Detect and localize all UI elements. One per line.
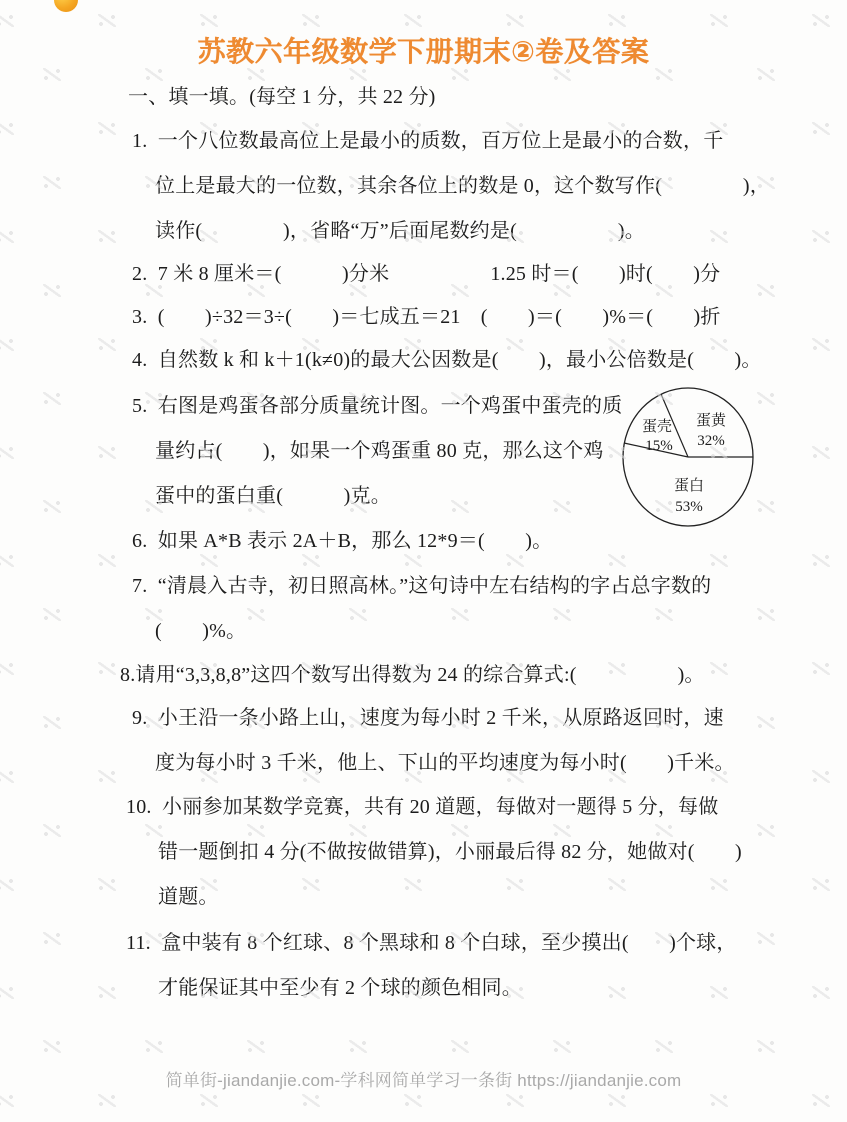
question-3: 3. ( )÷32＝3÷( )＝七成五＝21 ( )＝( )%＝( )折 xyxy=(132,304,721,331)
watermark-mark-icon xyxy=(0,986,14,999)
question-10-line-3: 道题。 xyxy=(158,884,219,911)
watermark-mark-icon xyxy=(43,932,61,945)
watermark-mark-icon xyxy=(98,14,116,27)
watermark-mark-icon xyxy=(812,338,830,351)
watermark-mark-icon xyxy=(553,608,571,621)
watermark-mark-icon xyxy=(812,770,830,783)
watermark-mark-icon xyxy=(812,446,830,459)
watermark-mark-icon xyxy=(0,14,14,27)
watermark-mark-icon xyxy=(655,608,673,621)
question-11-line-1: 11. 盒中装有 8 个红球、8 个黑球和 8 个白球，至少摸出( )个球， xyxy=(126,930,737,957)
watermark-mark-icon xyxy=(349,1040,367,1053)
watermark-mark-icon xyxy=(608,986,626,999)
watermark-mark-icon xyxy=(302,14,320,27)
watermark-mark-icon xyxy=(0,230,14,243)
watermark-mark-icon xyxy=(757,932,775,945)
watermark-mark-icon xyxy=(757,1040,775,1053)
watermark-mark-icon xyxy=(710,14,728,27)
page-title: 苏教六年级数学下册期末②卷及答案 xyxy=(0,30,847,70)
watermark-mark-icon xyxy=(98,986,116,999)
watermark-mark-icon xyxy=(98,554,116,567)
watermark-mark-icon xyxy=(757,824,775,837)
watermark-mark-icon xyxy=(247,608,265,621)
watermark-mark-icon xyxy=(43,608,61,621)
watermark-mark-icon xyxy=(506,1094,524,1107)
watermark-mark-icon xyxy=(812,662,830,675)
watermark-mark-icon xyxy=(0,554,14,567)
watermark-mark-icon xyxy=(43,284,61,297)
watermark-mark-icon xyxy=(655,1040,673,1053)
question-4: 4. 自然数 k 和 k＋1(k≠0)的最大公因数是( )，最小公倍数是( )。 xyxy=(132,347,762,374)
watermark-mark-icon xyxy=(553,824,571,837)
watermark-mark-icon xyxy=(247,1040,265,1053)
watermark-mark-icon xyxy=(98,770,116,783)
question-2: 2. 7 米 8 厘米＝( )分米 1.25 时＝( )时( )分 xyxy=(132,261,720,288)
question-1-line-3: 读作( )，省略“万”后面尾数约是( )。 xyxy=(155,218,645,245)
watermark-mark-icon xyxy=(710,986,728,999)
watermark-mark-icon xyxy=(506,878,524,891)
watermark-mark-icon xyxy=(757,608,775,621)
watermark-mark-icon xyxy=(0,662,14,675)
watermark-mark-icon xyxy=(43,176,61,189)
watermark-mark-icon xyxy=(200,1094,218,1107)
watermark-mark-icon xyxy=(98,446,116,459)
watermark-mark-icon xyxy=(43,500,61,513)
watermark-mark-icon xyxy=(43,824,61,837)
watermark-mark-icon xyxy=(302,1094,320,1107)
watermark-mark-icon xyxy=(302,554,320,567)
watermark-mark-icon xyxy=(757,716,775,729)
watermark-mark-icon xyxy=(710,1094,728,1107)
watermark-mark-icon xyxy=(812,554,830,567)
watermark-mark-icon xyxy=(98,878,116,891)
watermark-mark-icon xyxy=(812,14,830,27)
question-7-line-1: 7. “清晨入古寺，初日照高林。”这句诗中左右结构的字占总字数的 xyxy=(132,573,711,600)
watermark-mark-icon xyxy=(0,338,14,351)
pie-label-eggwhite: 蛋白 xyxy=(674,477,704,494)
watermark-mark-icon xyxy=(404,554,422,567)
watermark-mark-icon xyxy=(302,878,320,891)
watermark-mark-icon xyxy=(0,878,14,891)
question-10-line-2: 错一题倒扣 4 分(不做按做错算)，小丽最后得 82 分，她做对( ) xyxy=(158,839,742,866)
watermark-mark-icon xyxy=(145,1040,163,1053)
watermark-mark-icon xyxy=(98,230,116,243)
watermark-mark-icon xyxy=(451,608,469,621)
watermark-mark-icon xyxy=(145,824,163,837)
watermark-mark-icon xyxy=(0,446,14,459)
watermark-mark-icon xyxy=(812,230,830,243)
watermark-mark-icon xyxy=(247,824,265,837)
question-1-line-2: 位上是最大的一位数，其余各位上的数是 0，这个数写作( )， xyxy=(155,173,770,200)
watermark-mark-icon xyxy=(98,1094,116,1107)
watermark-mark-icon xyxy=(0,770,14,783)
watermark-mark-icon xyxy=(506,554,524,567)
question-5-line-3: 蛋中的蛋白重( )克。 xyxy=(155,483,391,510)
watermark-mark-icon xyxy=(812,1094,830,1107)
watermark-mark-icon xyxy=(608,878,626,891)
watermark-mark-icon xyxy=(43,392,61,405)
watermark-mark-icon xyxy=(349,824,367,837)
question-9-line-2: 度为每小时 3 千米，他上、下山的平均速度为每小时( )千米。 xyxy=(155,750,735,777)
question-6: 6. 如果 A*B 表示 2A＋B，那么 12*9＝( )。 xyxy=(132,528,552,555)
watermark-mark-icon xyxy=(553,500,571,513)
watermark-mark-icon xyxy=(404,1094,422,1107)
watermark-mark-icon xyxy=(553,1040,571,1053)
question-10-line-1: 10. 小丽参加某数学竞赛，共有 20 道题，每做对一题得 5 分，每做 xyxy=(126,794,718,821)
question-9-line-1: 9. 小王沿一条小路上山，速度为每小时 2 千米，从原路返回时，速 xyxy=(132,705,724,732)
watermark-mark-icon xyxy=(98,662,116,675)
pie-label-eggshell: 蛋壳 xyxy=(642,417,672,435)
pie-value-eggshell: 15% xyxy=(645,438,673,454)
question-5-line-2: 量约占( )，如果一个鸡蛋重 80 克，那么这个鸡 xyxy=(155,438,604,465)
watermark-mark-icon xyxy=(98,338,116,351)
watermark-mark-icon xyxy=(404,14,422,27)
watermark-mark-icon xyxy=(349,608,367,621)
question-1-line-1: 1. 一个八位数最高位上是最小的质数，百万位上是最小的合数，千 xyxy=(132,128,723,155)
question-11-line-2: 才能保证其中至少有 2 个球的颜色相同。 xyxy=(158,975,522,1002)
watermark-mark-icon xyxy=(451,1040,469,1053)
watermark-mark-icon xyxy=(812,878,830,891)
watermark-mark-icon xyxy=(710,878,728,891)
watermark-mark-icon xyxy=(812,986,830,999)
pie-value-yolk: 32% xyxy=(697,433,725,449)
watermark-mark-icon xyxy=(451,500,469,513)
watermark-mark-icon xyxy=(0,1094,14,1107)
watermark-mark-icon xyxy=(200,554,218,567)
watermark-mark-icon xyxy=(608,554,626,567)
watermark-mark-icon xyxy=(404,878,422,891)
question-8: 8.请用“3,3,8,8”这四个数写出得数为 24 的综合算式:( )。 xyxy=(120,662,705,689)
question-5-line-1: 5. 右图是鸡蛋各部分质量统计图。一个鸡蛋中蛋壳的质 xyxy=(132,393,622,420)
watermark-mark-icon xyxy=(506,14,524,27)
watermark-mark-icon xyxy=(608,1094,626,1107)
watermark-mark-icon xyxy=(655,824,673,837)
question-7-line-2: ( )%。 xyxy=(155,618,246,645)
pie-value-eggwhite: 53% xyxy=(675,499,703,515)
watermark-mark-icon xyxy=(710,230,728,243)
egg-mass-pie-chart: 蛋壳 15% 蛋黄 32% 蛋白 53% xyxy=(617,383,763,533)
logo-dot-icon xyxy=(54,0,78,12)
watermark-mark-icon xyxy=(710,554,728,567)
watermark-mark-icon xyxy=(0,122,14,135)
watermark-mark-icon xyxy=(757,284,775,297)
watermark-mark-icon xyxy=(608,14,626,27)
exam-page: 苏教六年级数学下册期末②卷及答案 一、填一填。(每空 1 分，共 22 分) 1… xyxy=(0,0,847,1122)
watermark-mark-icon xyxy=(812,122,830,135)
watermark-mark-icon xyxy=(710,662,728,675)
pie-label-yolk: 蛋黄 xyxy=(696,411,727,429)
watermark-mark-icon xyxy=(43,716,61,729)
section-heading: 一、填一填。(每空 1 分，共 22 分) xyxy=(128,84,436,111)
watermark-mark-icon xyxy=(200,14,218,27)
watermark-mark-icon xyxy=(43,1040,61,1053)
watermark-mark-icon xyxy=(451,824,469,837)
watermark-mark-icon xyxy=(98,122,116,135)
footer-watermark-text: 简单街-jiandanjie.com-学科网简单学习一条街 https://ji… xyxy=(0,1066,847,1091)
